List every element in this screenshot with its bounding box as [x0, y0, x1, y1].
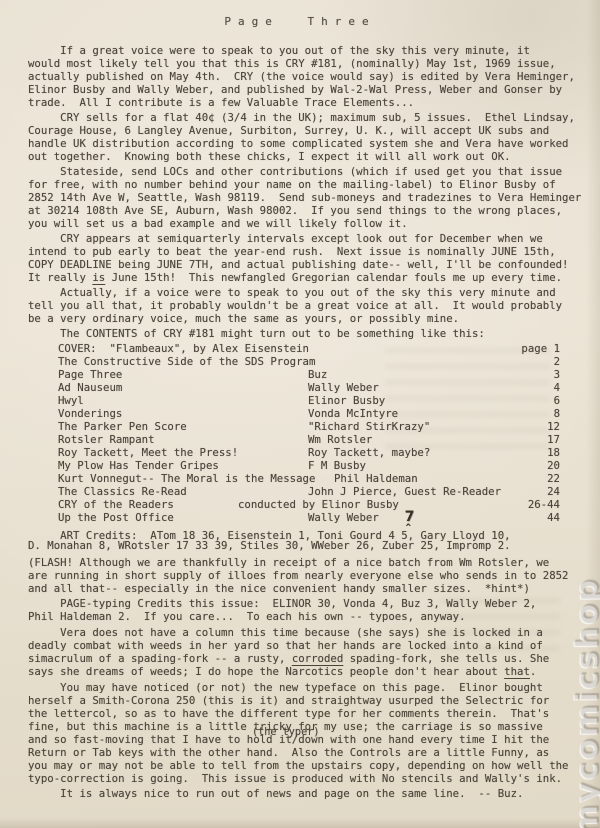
toc-row: Kurt Vonnegut-- The Moral is the Message… [28, 472, 596, 485]
text-line: would most likely tell you that this is … [28, 57, 596, 70]
toc-row: The Classics Re-ReadJohn J Pierce, Guest… [28, 485, 596, 498]
text-line: deadly combat with weeds in her yard so … [28, 639, 596, 652]
text-line: says she dreams of weeds; I do hope the … [28, 665, 596, 678]
table-of-contents: COVER: "Flambeaux", by Alex Eisensteinpa… [28, 342, 596, 524]
text-line: out together. Knowing both these chicks,… [28, 150, 596, 163]
toc-page-number: 20 [448, 459, 560, 472]
toc-page-number: 2 [448, 355, 560, 368]
toc-item-title: Vonderings [58, 407, 122, 420]
text-line: Actually, if a voice were to speak to yo… [28, 286, 596, 299]
toc-item-credit: Wm Rotsler [308, 433, 372, 446]
text-line: Courage House, 6 Langley Avenue, Surbito… [28, 124, 596, 137]
toc-page-number: 24 [448, 485, 560, 498]
text-line: (FLASH! Although we are thankfully in re… [28, 556, 596, 569]
paragraph: CRY appears at semiquarterly intervals e… [28, 232, 596, 284]
toc-item-credit: Wally Weber [308, 511, 379, 524]
text-line: It really is June 15th! This newfangled … [28, 271, 596, 284]
toc-item-title: Kurt Vonnegut-- The Moral is the Message [58, 472, 315, 485]
paragraph: Actually, if a voice were to speak to yo… [28, 286, 596, 325]
text-line: If a great voice were to speak to you ou… [28, 44, 596, 57]
text-line: herself a Smith-Corona 250 (this is it) … [28, 694, 596, 707]
paragraph: CRY sells for a flat 40¢ (3/4 in the UK)… [28, 111, 596, 163]
text-line: intend to pub early to beat the year-end… [28, 245, 596, 258]
text-line: 2852 14th Ave W, Seattle, Wash 98119. Se… [28, 191, 596, 204]
interlinear-insertion: (the typer) [252, 727, 319, 738]
toc-page-number: 17 [448, 433, 560, 446]
paragraph: The CONTENTS of CRY #181 might turn out … [28, 327, 596, 340]
page-title: Page Three [0, 15, 600, 28]
toc-row: Ad NauseumWally Weber4 [28, 381, 596, 394]
toc-page-number: 44 [448, 511, 560, 524]
text-line: COPY DEADLINE being JUNE 7TH, and actual… [28, 258, 596, 271]
text-segment: corroded [292, 652, 343, 665]
handwritten-7: 7 [405, 511, 415, 524]
toc-item-credit: Elinor Busby [308, 394, 385, 407]
text-line: you will set us a bad example and we wil… [28, 217, 596, 230]
toc-item-title: Page Three [58, 368, 122, 381]
text-segment: says she dreams of weeds; I do hope the … [28, 665, 504, 678]
text-line: Stateside, send LOCs and other contribut… [28, 165, 596, 178]
toc-row: The Constructive Side of the SDS Program… [28, 355, 596, 368]
toc-item-credit: Phil Haldeman [334, 472, 418, 485]
toc-row: The Parker Pen Score"Richard StirKrazy"1… [28, 420, 596, 433]
toc-page-number: page 1 [448, 342, 560, 355]
paragraph: It is always nice to run out of news and… [28, 787, 596, 800]
toc-row: COVER: "Flambeaux", by Alex Eisensteinpa… [28, 342, 596, 355]
text-line: handle UK distribution according to some… [28, 137, 596, 150]
toc-page-number: 12 [448, 420, 560, 433]
toc-page-number: 8 [448, 407, 560, 420]
toc-item-credit: Buz [308, 368, 327, 381]
watermark: mycomicshop [570, 577, 600, 828]
text-line: for free, with no number behind your nam… [28, 178, 596, 191]
toc-row: Roy Tackett, Meet the Press!Roy Tackett,… [28, 446, 596, 459]
toc-item-credit: "Richard StirKrazy" [308, 420, 430, 433]
toc-item-title: Hwyl [58, 394, 84, 407]
text-line: Return or Tab keys with the other hand. … [28, 746, 596, 759]
paragraph: (FLASH! Although we are thankfully in re… [28, 556, 596, 595]
toc-item-title: The Constructive Side of the SDS Program [58, 355, 315, 368]
text-line: You may have noticed (or not) the new ty… [28, 681, 596, 694]
text-line: Elinor Busby and Wally Weber, and publis… [28, 83, 596, 96]
text-line: CRY sells for a flat 40¢ (3/4 in the UK)… [28, 111, 596, 124]
toc-item-title: The Classics Re-Read [58, 485, 187, 498]
text-line: the lettercol, so as to have the differe… [28, 707, 596, 720]
toc-item-credit: Wally Weber [308, 381, 379, 394]
toc-row: Page ThreeBuz3 [28, 368, 596, 381]
text-line: tell you all that, it probably wouldn't … [28, 299, 596, 312]
text-segment: . [530, 665, 536, 678]
paragraph: ART Credits: ATom 18 36, Eisenstein 1, T… [28, 526, 596, 552]
text-line: ART Credits: ATom 18 36, Eisenstein 1, T… [28, 526, 596, 539]
toc-item-credit: conducted by Elinor Busby [238, 498, 399, 511]
toc-page-number: 22 [448, 472, 560, 485]
paragraph: You may have noticed (or not) the new ty… [28, 681, 596, 785]
text-segment: spading-fork, she tells us. She [343, 652, 549, 665]
text-segment: that [504, 665, 530, 678]
toc-row: VonderingsVonda McIntyre8 [28, 407, 596, 420]
toc-item-title: The Parker Pen Score [58, 420, 187, 433]
toc-item-title: Rotsler Rampant [58, 433, 155, 446]
text-line: D. Monahan 8, WRotsler 17 33 39, Stiles … [28, 539, 596, 552]
toc-item-title: Roy Tackett, Meet the Press! [58, 446, 238, 459]
toc-item-title: Ad Nauseum [58, 381, 122, 394]
toc-page-number: 18 [448, 446, 560, 459]
paragraph: If a great voice were to speak to you ou… [28, 44, 596, 109]
text-line: be a very ordinary voice, much the same … [28, 312, 596, 325]
toc-row: CRY of the Readersconducted by Elinor Bu… [28, 498, 596, 511]
toc-item-title: My Plow Has Tender Gripes [58, 459, 219, 472]
text-segment: It really [28, 271, 92, 284]
toc-row: My Plow Has Tender GripesF M Busby20 [28, 459, 596, 472]
toc-row: Rotsler RampantWm Rotsler17 [28, 433, 596, 446]
toc-item-title: COVER: "Flambeaux", by Alex Eisenstein [58, 342, 309, 355]
text-segment: is [92, 271, 105, 284]
toc-row: Up the Post OfficeWally Weber44 [28, 511, 596, 524]
text-line: It is always nice to run out of news and… [28, 787, 596, 800]
text-line: actually published on May 4th. CRY (the … [28, 70, 596, 83]
toc-item-credit: Roy Tackett, maybe? [308, 446, 430, 459]
text-line: The CONTENTS of CRY #181 might turn out … [28, 327, 596, 340]
paragraph: Vera does not have a column this time be… [28, 626, 596, 678]
paragraph: Stateside, send LOCs and other contribut… [28, 165, 596, 230]
text-line: Phil Haldeman 2. If you care... To each … [28, 610, 596, 623]
text-line: simacrulum of a spading-fork -- a rusty,… [28, 652, 596, 665]
text-line: trade. All I contribute is a few Valuabl… [28, 96, 596, 109]
text-line: CRY appears at semiquarterly intervals e… [28, 232, 596, 245]
paragraph: PAGE-typing Credits this issue: ELINOR 3… [28, 597, 596, 623]
text-line: are running in short supply of illoes fr… [28, 569, 596, 582]
document-body: If a great voice were to speak to you ou… [28, 44, 596, 802]
text-segment: June 15th! This newfangled Gregorian cal… [105, 271, 562, 284]
text-line: typo-correction is going. This issue is … [28, 772, 596, 785]
toc-row: HwylElinor Busby6 [28, 394, 596, 407]
text-line: and all that-- especially in the nice co… [28, 582, 596, 595]
toc-item-credit: Vonda McIntyre [308, 407, 398, 420]
text-line: you may or may not be able to tell from … [28, 759, 596, 772]
text-line: Vera does not have a column this time be… [28, 626, 596, 639]
toc-page-number: 26-44 [448, 498, 560, 511]
text-line: PAGE-typing Credits this issue: ELINOR 3… [28, 597, 596, 610]
toc-item-title: CRY of the Readers [58, 498, 174, 511]
text-line: at 30214 108th Ave SE, Auburn, Wash 9800… [28, 204, 596, 217]
toc-page-number: 3 [448, 368, 560, 381]
toc-item-title: Up the Post Office [58, 511, 174, 524]
toc-page-number: 6 [448, 394, 560, 407]
scanned-fanzine-page: Page Three If a great voice were to spea… [0, 0, 600, 828]
toc-page-number: 4 [448, 381, 560, 394]
toc-item-credit: F M Busby [308, 459, 366, 472]
text-segment: simacrulum of a spading-fork -- a rusty, [28, 652, 292, 665]
